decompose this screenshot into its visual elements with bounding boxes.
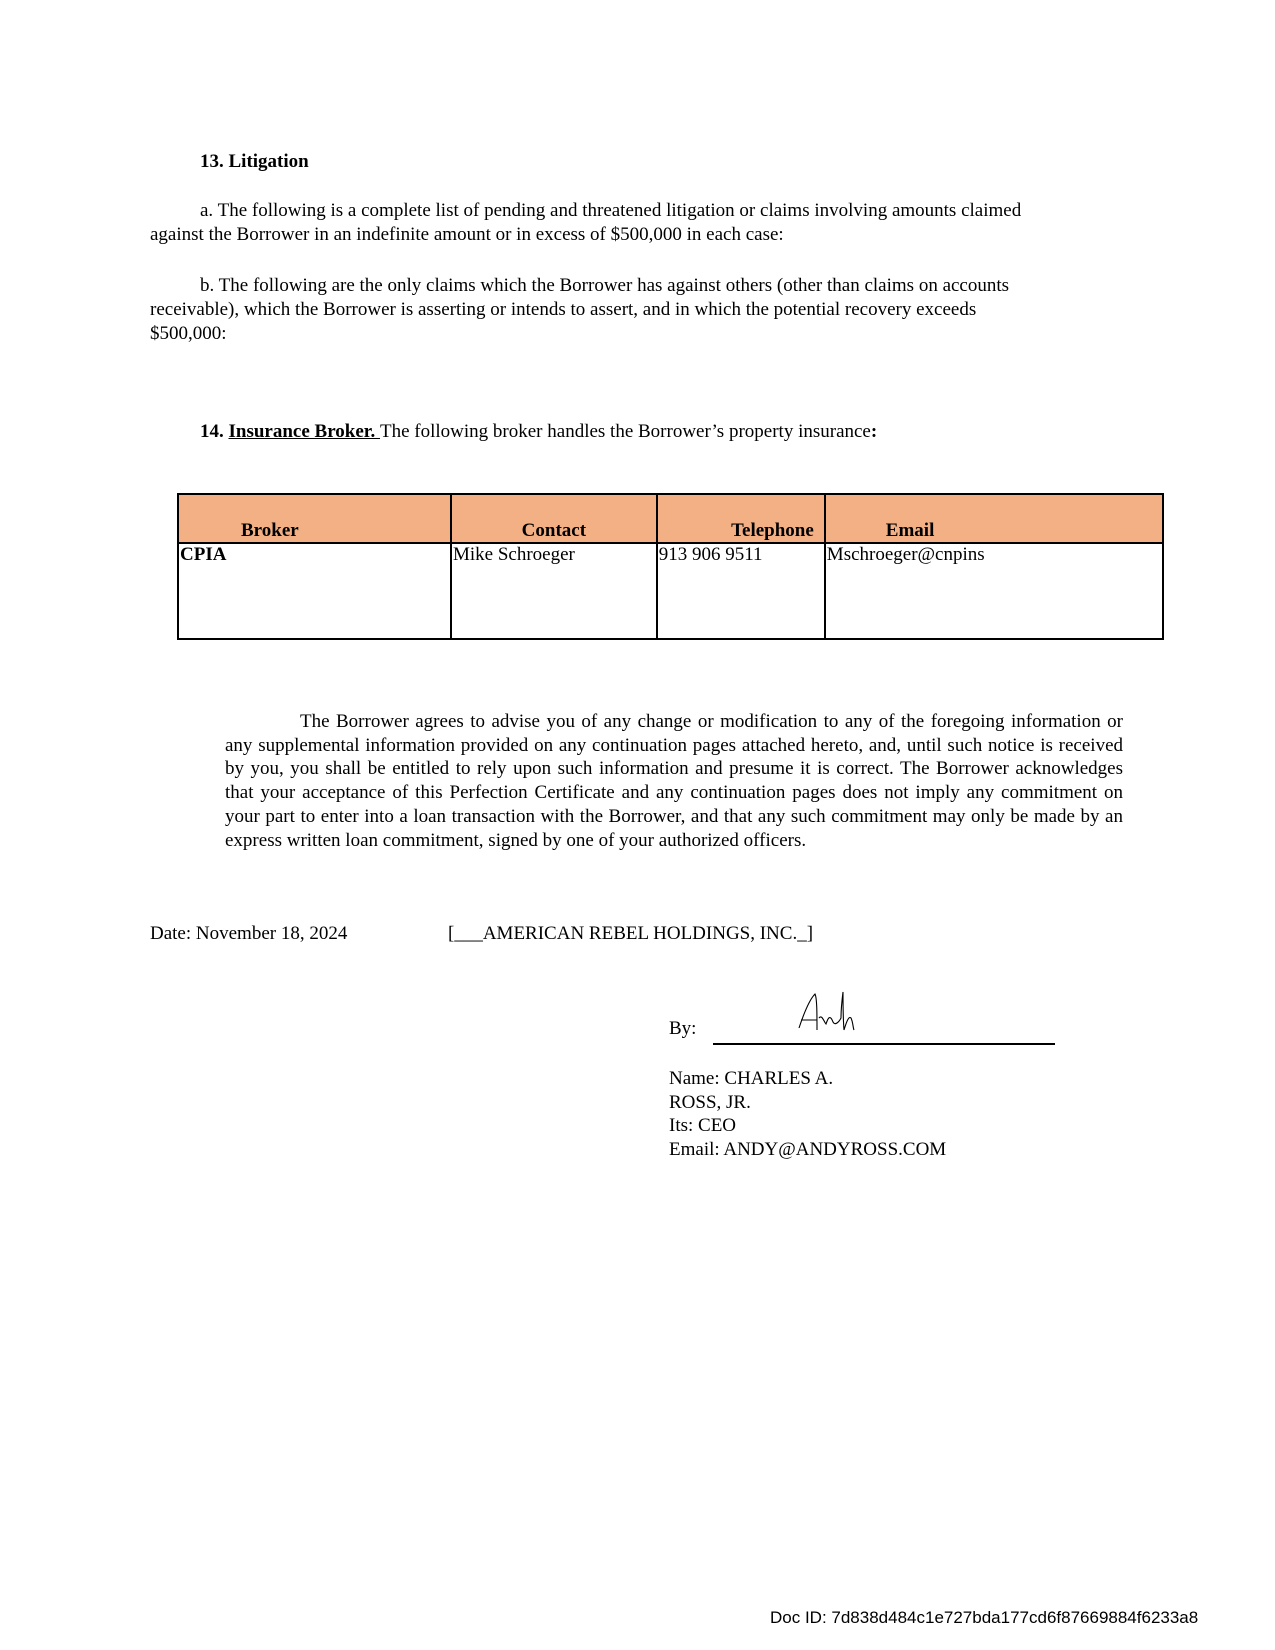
cell-telephone: 913 906 9511 (657, 543, 825, 639)
cell-email: Mschroeger@cnpins (825, 543, 1163, 639)
company-name: [___AMERICAN REBEL HOLDINGS, INC._] (448, 922, 813, 946)
cell-contact: Mike Schroeger (451, 543, 657, 639)
table-row: CPIA Mike Schroeger 913 906 9511 Mschroe… (178, 543, 1163, 639)
table-header-row: Broker Contact Telephone Email (178, 494, 1163, 543)
agreement-paragraph: The Borrower agrees to advise you of any… (225, 710, 1123, 852)
section-14-text: The following broker handles the Borrowe… (380, 421, 871, 442)
litigation-paragraph-a: a. The following is a complete list of p… (150, 199, 1100, 247)
signatory-title: Its: CEO (669, 1114, 946, 1138)
section-13-heading: 13. Litigation (200, 150, 309, 174)
header-telephone: Telephone (657, 494, 825, 543)
header-contact: Contact (451, 494, 657, 543)
header-email: Email (825, 494, 1163, 543)
signatory-name-line2: ROSS, JR. (669, 1091, 946, 1115)
signature-icon (795, 988, 870, 1033)
signature-date: Date: November 18, 2024 (150, 922, 347, 946)
signature-line (713, 1043, 1055, 1045)
signatory-block: Name: CHARLES A. ROSS, JR. Its: CEO Emai… (669, 1067, 946, 1162)
paragraph-line: b. The following are the only claims whi… (150, 274, 1100, 298)
paragraph-line: receivable), which the Borrower is asser… (150, 298, 1100, 322)
insurance-broker-table: Broker Contact Telephone Email CPIA Mike… (177, 493, 1164, 640)
signatory-email: Email: ANDY@ANDYROSS.COM (669, 1138, 946, 1162)
agreement-text: The Borrower agrees to advise you of any… (225, 710, 1123, 852)
by-label: By: (669, 1017, 696, 1041)
paragraph-line: a. The following is a complete list of p… (150, 199, 1100, 223)
signatory-name-line1: Name: CHARLES A. (669, 1067, 946, 1091)
paragraph-line: against the Borrower in an indefinite am… (150, 223, 1100, 247)
header-broker: Broker (178, 494, 451, 543)
section-14-number: 14. (200, 421, 229, 442)
section-14-heading: 14. Insurance Broker. The following brok… (200, 420, 877, 444)
cell-broker: CPIA (178, 543, 451, 639)
section-14-colon: : (871, 421, 877, 442)
paragraph-line: $500,000: (150, 322, 1100, 346)
section-14-title: Insurance Broker. (229, 421, 381, 442)
doc-id-footer: Doc ID: 7d838d484c1e727bda177cd6f8766988… (770, 1608, 1198, 1628)
litigation-paragraph-b: b. The following are the only claims whi… (150, 274, 1100, 346)
